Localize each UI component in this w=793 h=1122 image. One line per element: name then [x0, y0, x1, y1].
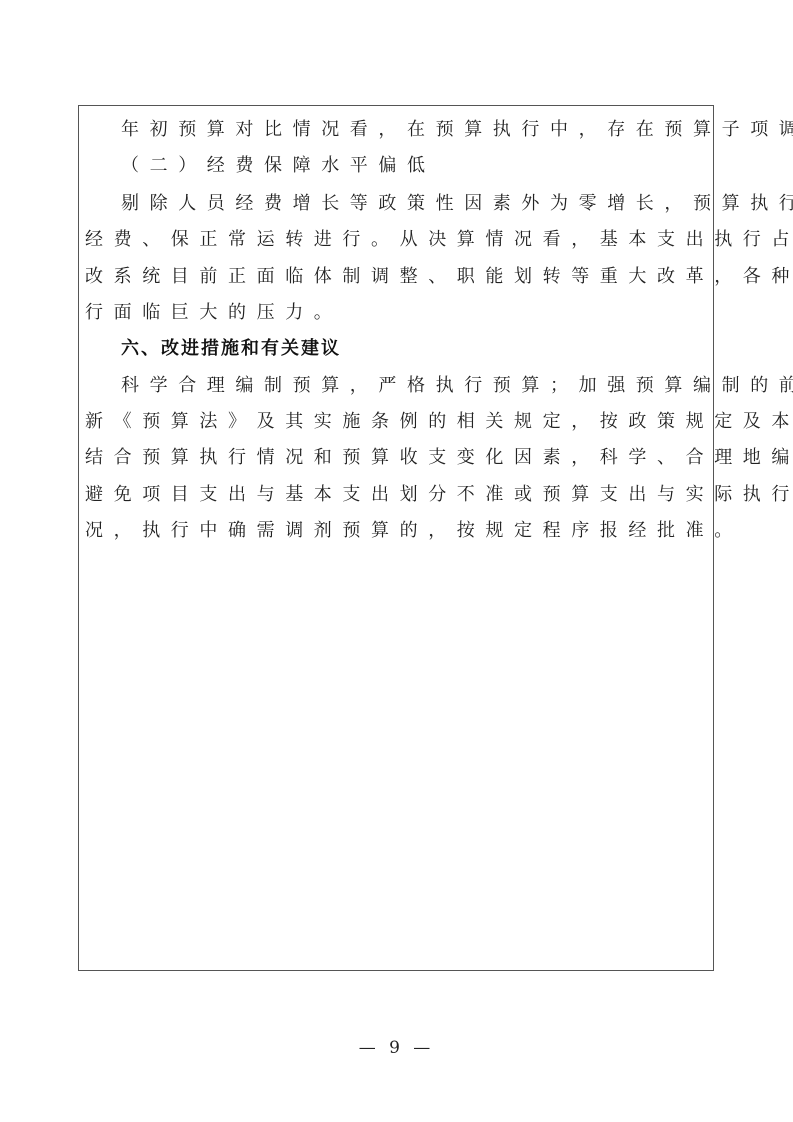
paragraph-line: 剔除人员经费增长等政策性因素外为零增长，预算执行基本围绕保人员	[121, 186, 793, 222]
subsection-heading: （二）经费保障水平偏低	[121, 148, 436, 184]
paragraph-line: 新《预算法》及其实施条例的相关规定，按政策规定及本部门的发展规划，	[85, 404, 793, 440]
section-heading: 六、改进措施和有关建议	[121, 331, 341, 367]
page-number: — 9 —	[0, 1038, 793, 1058]
paragraph-line: 结合预算执行情况和预算收支变化因素，科学、合理地编制下年预算草案，	[85, 440, 793, 476]
paragraph-line: 避免项目支出与基本支出划分不准或预算支出与实际执行出现较大偏差的情	[85, 477, 793, 513]
paragraph-line: 科学合理编制预算，严格执行预算；加强预算编制的前瞻性，建议按照	[121, 368, 793, 404]
paragraph-line: 况，执行中确需调剂预算的，按规定程序报经批准。	[85, 513, 743, 549]
paragraph-line: 年初预算对比情况看，在预算执行中，存在预算子项调剂现象。	[121, 112, 793, 148]
paragraph-line: 改系统目前正面临体制调整、职能划转等重大改革，各种矛盾凸显，预算执	[85, 259, 793, 295]
paragraph-line: 行面临巨大的压力。	[85, 295, 342, 331]
paragraph-line: 经费、保正常运转进行。从决算情况看，基本支出执行占比较大。特别是发	[85, 222, 793, 258]
